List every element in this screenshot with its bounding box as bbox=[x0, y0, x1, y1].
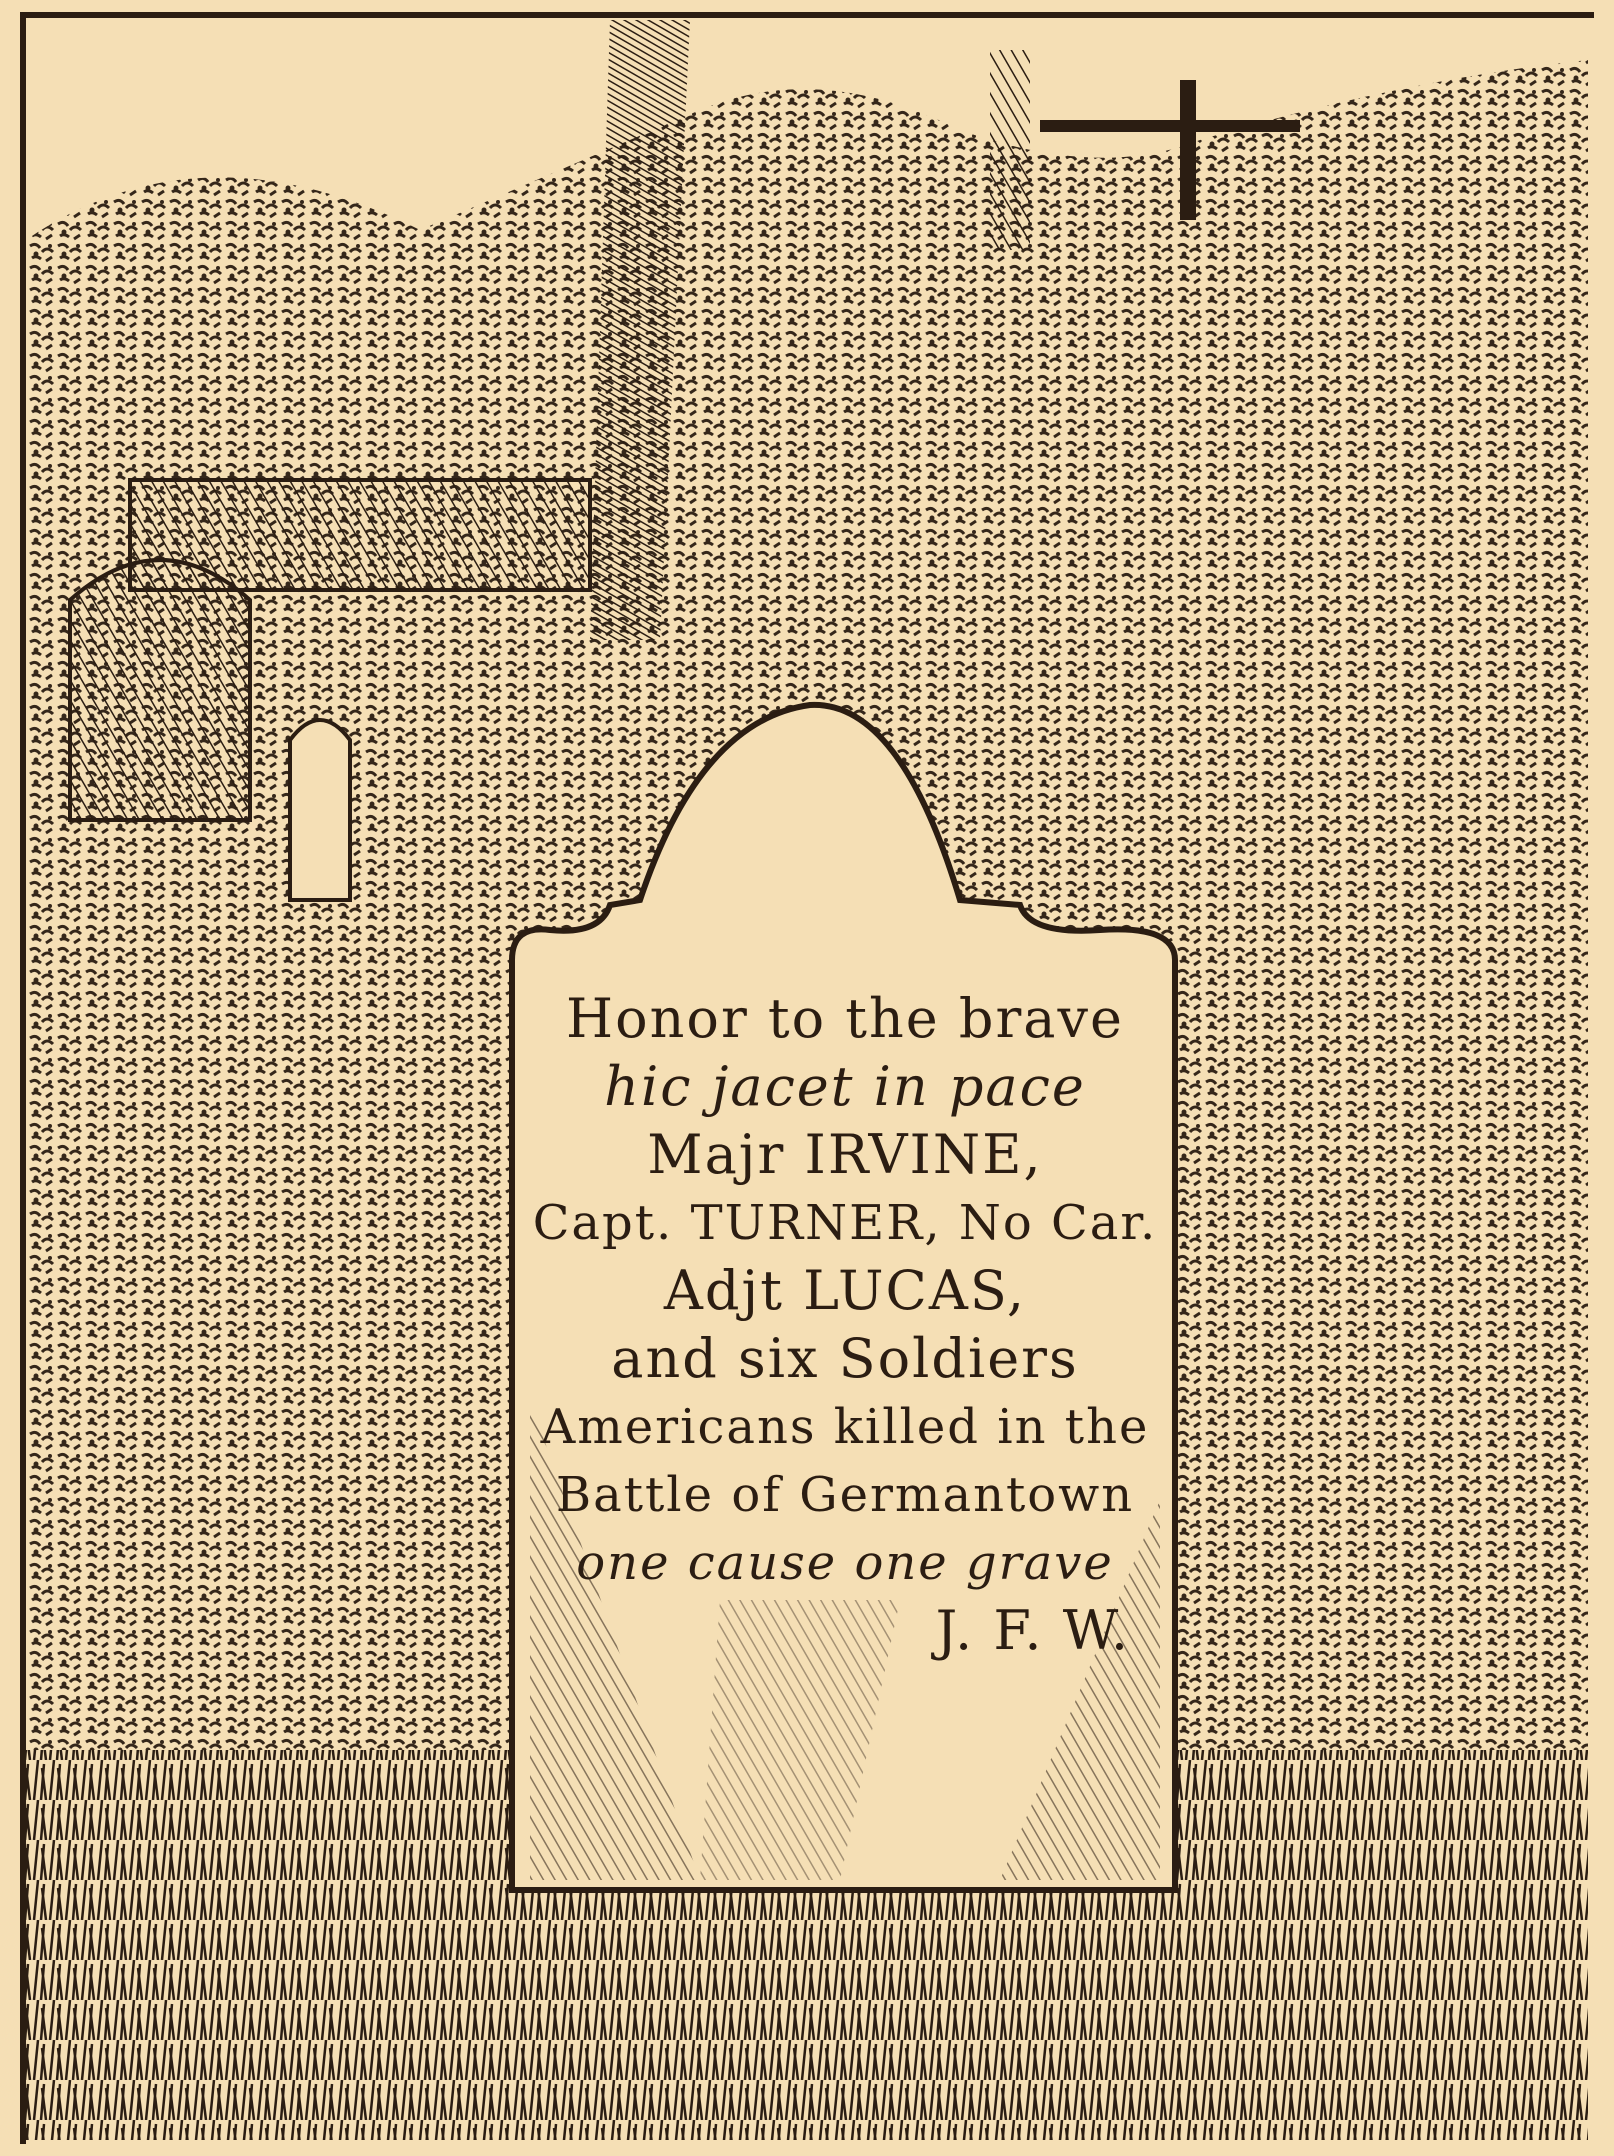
inscription-line-8: Battle of Germantown bbox=[520, 1461, 1170, 1529]
inscription-line-5: Adjt LUCAS, bbox=[520, 1257, 1170, 1325]
inscription-line-6: and six Soldiers bbox=[520, 1325, 1170, 1393]
inscription-line-1: Honor to the brave bbox=[520, 985, 1170, 1053]
inscription-line-4: Capt. TURNER, No Car. bbox=[520, 1189, 1170, 1257]
headstone-inscription: Honor to the brave hic jacet in pace Maj… bbox=[520, 985, 1170, 1665]
inscription-line-2: hic jacet in pace bbox=[520, 1053, 1170, 1121]
fence-rail bbox=[1040, 120, 1300, 132]
small-gravestone-center bbox=[290, 720, 350, 900]
inscription-initials: J. F. W. bbox=[520, 1597, 1170, 1665]
inscription-line-7: Americans killed in the bbox=[520, 1393, 1170, 1461]
small-gravestone-left bbox=[70, 560, 250, 820]
distant-building bbox=[990, 50, 1030, 250]
fence-post bbox=[1180, 80, 1196, 220]
inscription-line-3: Majr IRVINE, bbox=[520, 1121, 1170, 1189]
inscription-line-9: one cause one grave bbox=[520, 1529, 1170, 1597]
